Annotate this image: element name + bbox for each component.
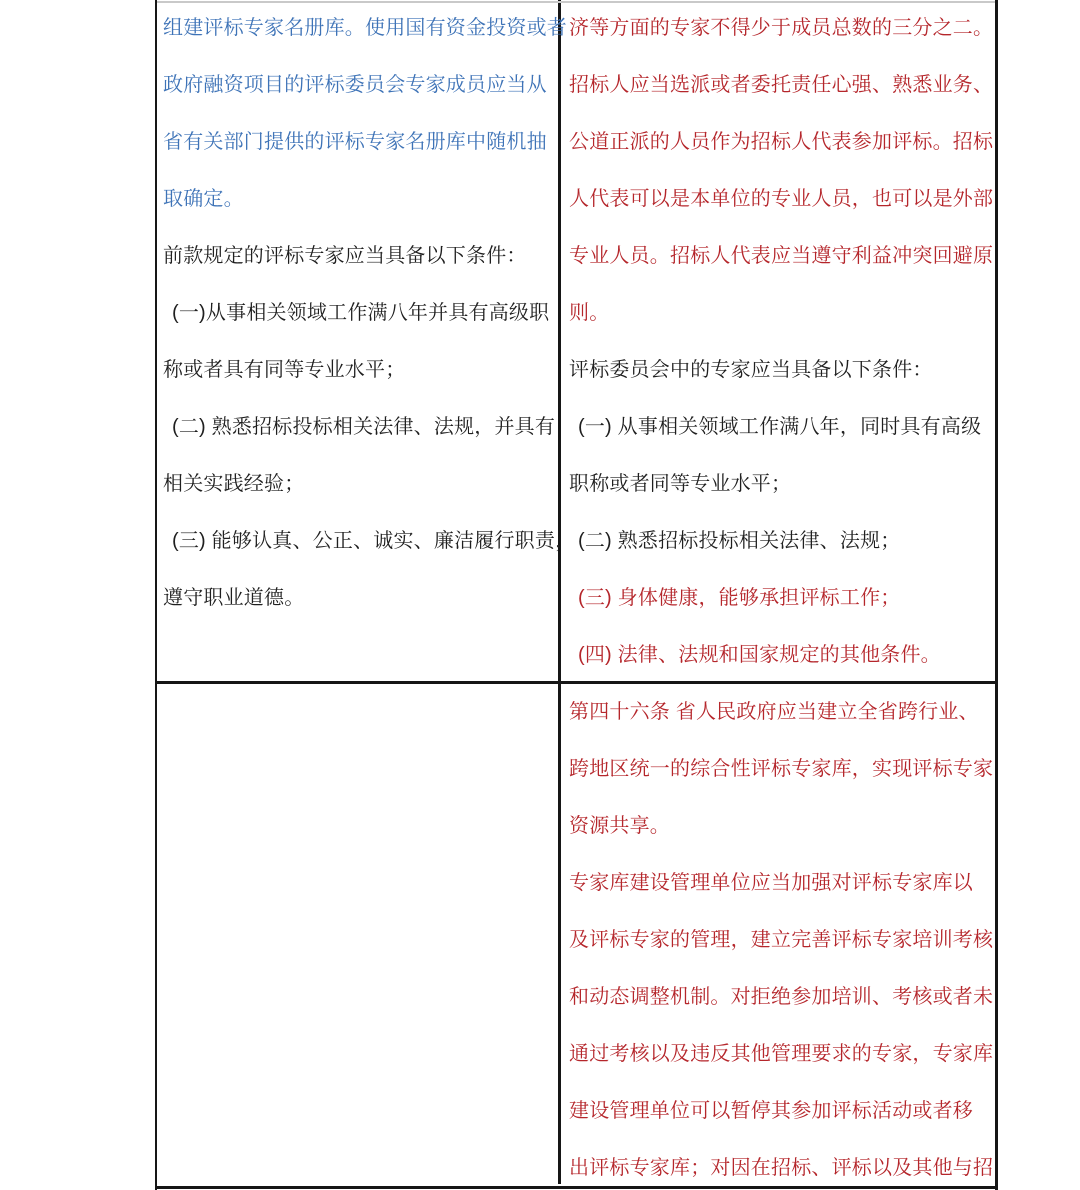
text-line: 则。: [569, 285, 995, 342]
table-cell-right: 第四十六条 省人民政府应当建立全省跨行业、跨地区统一的综合性评标专家库，实现评标…: [561, 684, 995, 1184]
text-line: 政府融资项目的评标委员会专家成员应当从: [163, 57, 558, 114]
table-row: 第四十六条 省人民政府应当建立全省跨行业、跨地区统一的综合性评标专家库，实现评标…: [157, 684, 995, 1184]
text-line: 省有关部门提供的评标专家名册库中随机抽: [163, 114, 558, 171]
table-cell-left: [157, 684, 561, 1184]
text-line: (四) 法律、法规和国家规定的其他条件。: [569, 627, 995, 684]
text-line: 济等方面的专家不得少于成员总数的三分之二。: [569, 0, 995, 57]
table-rows: 组建评标专家名册库。使用国有资金投资或者政府融资项目的评标委员会专家成员应当从省…: [157, 0, 995, 1184]
text-line: (二) 熟悉招标投标相关法律、法规；: [569, 513, 995, 570]
text-line: 相关实践经验；: [163, 456, 558, 513]
text-line: 资源共享。: [569, 798, 995, 855]
text-line: 取确定。: [163, 171, 558, 228]
text-line: 遵守职业道德。: [163, 570, 558, 627]
text-line: (三) 能够认真、公正、诚实、廉洁履行职责，: [163, 513, 558, 570]
table-row: 组建评标专家名册库。使用国有资金投资或者政府融资项目的评标委员会专家成员应当从省…: [157, 0, 995, 684]
text-line: 评标委员会中的专家应当具备以下条件：: [569, 342, 995, 399]
text-line: 公道正派的人员作为招标人代表参加评标。招标: [569, 114, 995, 171]
text-line: 通过考核以及违反其他管理要求的专家，专家库: [569, 1026, 995, 1083]
table-cell-left: 组建评标专家名册库。使用国有资金投资或者政府融资项目的评标委员会专家成员应当从省…: [157, 0, 561, 681]
text-line: 专家库建设管理单位应当加强对评标专家库以: [569, 855, 995, 912]
text-line: (三) 身体健康，能够承担评标工作；: [569, 570, 995, 627]
text-line: 组建评标专家名册库。使用国有资金投资或者: [163, 0, 558, 57]
text-line: 及评标专家的管理，建立完善评标专家培训考核: [569, 912, 995, 969]
text-line: 出评标专家库；对因在招标、评标以及其他与招: [569, 1140, 995, 1190]
text-line: (一) 从事相关领域工作满八年，同时具有高级: [569, 399, 995, 456]
text-line: 建设管理单位可以暂停其参加评标活动或者移: [569, 1083, 995, 1140]
bottom-rule: [157, 1186, 995, 1189]
document-page: 组建评标专家名册库。使用国有资金投资或者政府融资项目的评标委员会专家成员应当从省…: [0, 0, 1080, 1190]
top-rule: [157, 1, 995, 3]
text-line: (二) 熟悉招标投标相关法律、法规，并具有: [163, 399, 558, 456]
text-line: 专业人员。招标人代表应当遵守利益冲突回避原: [569, 228, 995, 285]
text-line: 职称或者同等专业水平；: [569, 456, 995, 513]
text-line: (一)从事相关领域工作满八年并具有高级职: [163, 285, 558, 342]
text-line: 跨地区统一的综合性评标专家库，实现评标专家: [569, 741, 995, 798]
comparison-table: 组建评标专家名册库。使用国有资金投资或者政府融资项目的评标委员会专家成员应当从省…: [155, 0, 998, 1190]
table-cell-right: 济等方面的专家不得少于成员总数的三分之二。招标人应当选派或者委托责任心强、熟悉业…: [561, 0, 995, 681]
text-line: 和动态调整机制。对拒绝参加培训、考核或者未: [569, 969, 995, 1026]
text-line: 第四十六条 省人民政府应当建立全省跨行业、: [569, 684, 995, 741]
text-line: 人代表可以是本单位的专业人员，也可以是外部: [569, 171, 995, 228]
text-line: 称或者具有同等专业水平；: [163, 342, 558, 399]
text-line: 前款规定的评标专家应当具备以下条件：: [163, 228, 558, 285]
text-line: 招标人应当选派或者委托责任心强、熟悉业务、: [569, 57, 995, 114]
